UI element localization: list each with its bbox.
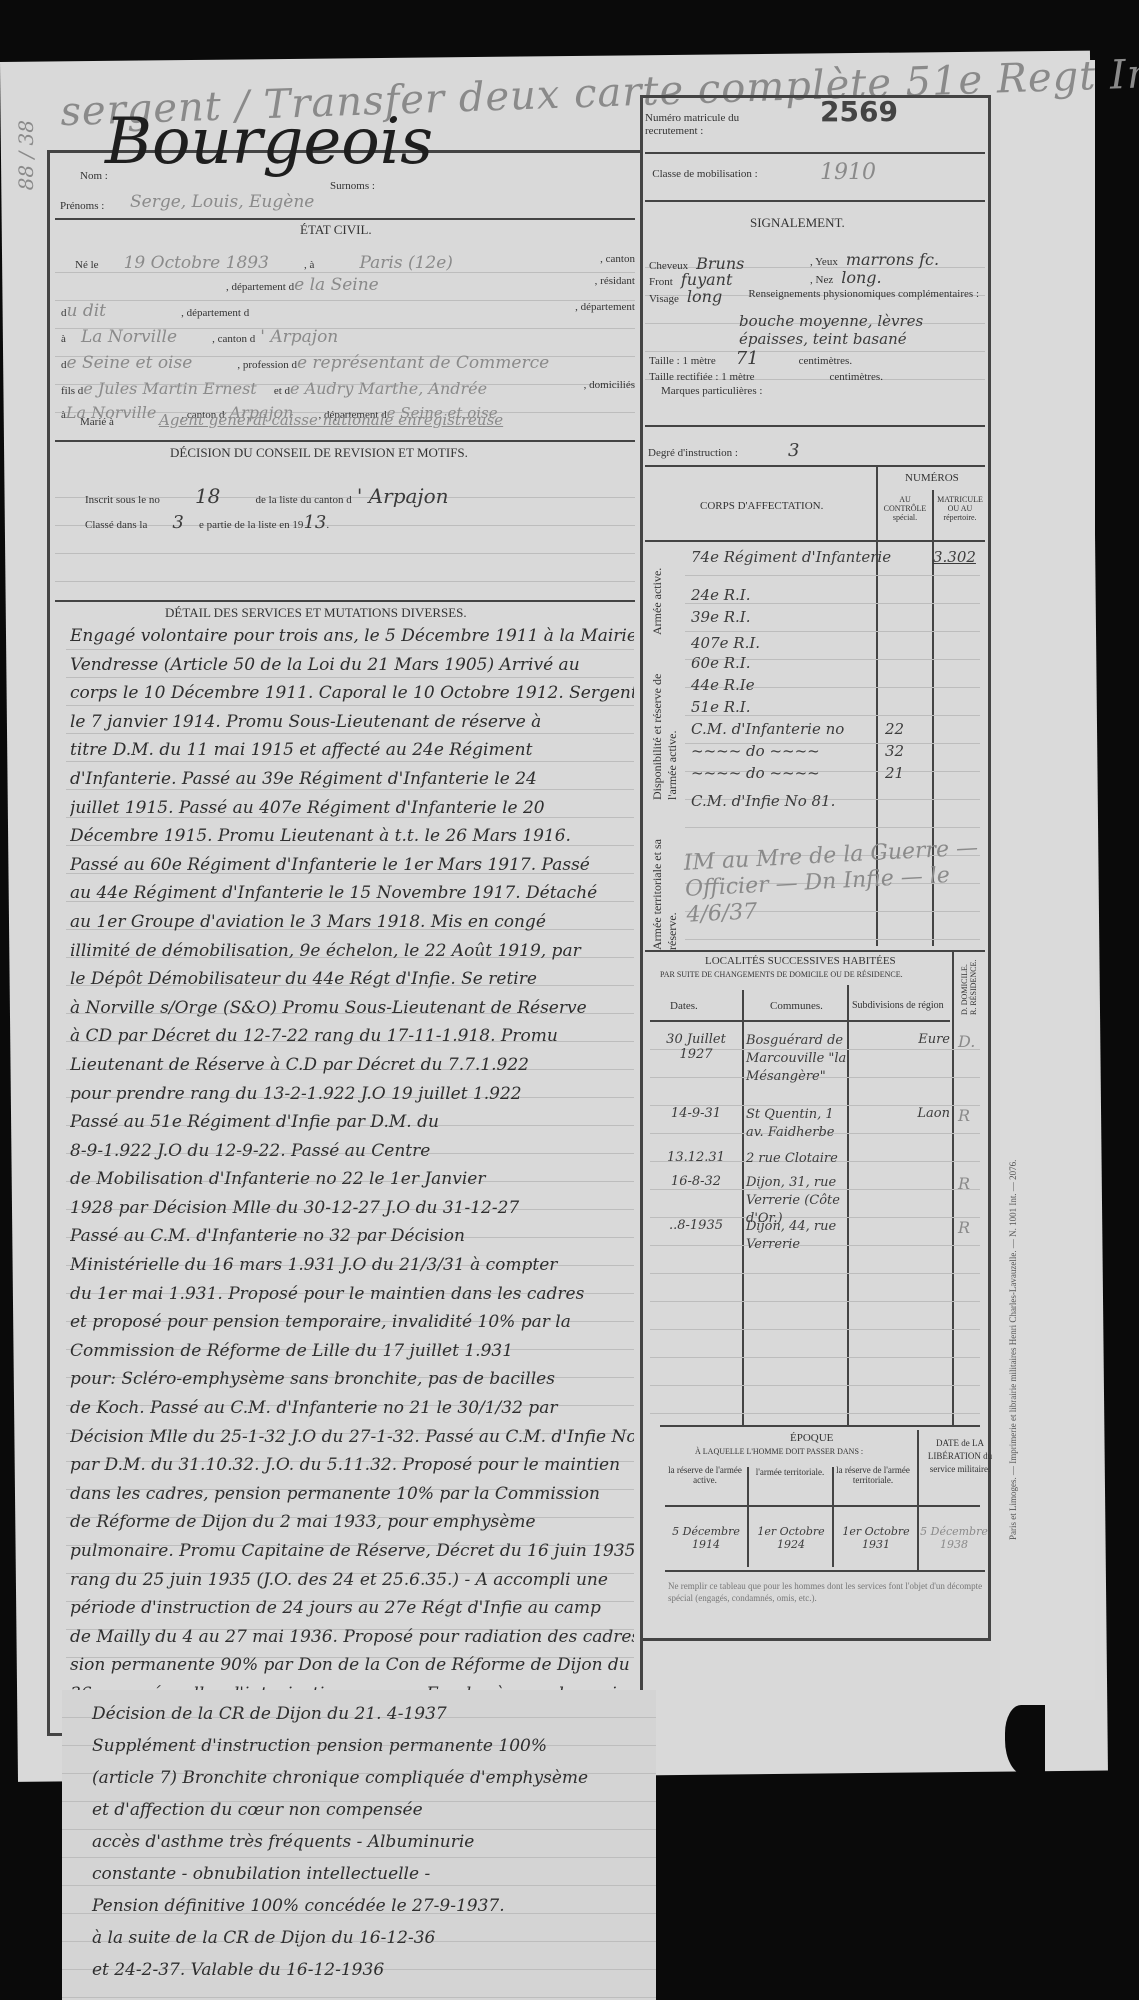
- services-line: pour prendre rang du 13-2-1.922 J.O 19 j…: [70, 1080, 634, 1109]
- services-line: illimité de démobilisation, 9e échelon, …: [70, 937, 634, 966]
- slip-line: et 24-2-37. Valable du 16-12-1936: [92, 1954, 656, 1986]
- services-line: Lieutenant de Réserve à C.D par Décret d…: [70, 1051, 634, 1080]
- marie-row: Marié à Agent général caisse nationale e…: [80, 410, 635, 429]
- services-line: de Koch. Passé au C.M. d'Infanterie no 2…: [70, 1394, 634, 1423]
- epoque-col3-header: la réserve de l'armée territoriale.: [833, 1465, 913, 1485]
- birthplace: Paris (12e): [359, 253, 452, 273]
- affectation-corps: 74e Régiment d'Infanterie: [691, 548, 891, 566]
- a-label: , à: [304, 259, 314, 271]
- epoque-title: ÉPOQUE: [790, 1432, 833, 1444]
- yeux-value: marrons fc.: [846, 250, 939, 269]
- localite-subdivision: Laon: [855, 1106, 950, 1121]
- affectation-row: 407e R.I.: [685, 634, 980, 656]
- services-line: à Norville s/Orge (S&O) Promu Sous-Lieut…: [70, 994, 634, 1023]
- localite-date: 14-9-31: [650, 1106, 742, 1121]
- divider: [55, 218, 635, 220]
- affectation-row: 44e R.Ie: [685, 676, 980, 698]
- affectation-corps: C.M. d'Infie No 81.: [691, 792, 835, 810]
- localite-date: 16-8-32: [650, 1174, 742, 1189]
- affectation-controle: 22: [885, 720, 904, 738]
- localite-dr: R: [958, 1174, 970, 1193]
- slip-line: Pension définitive 100% concédée le 27-9…: [92, 1890, 656, 1922]
- signalement-title: SIGNALEMENT.: [750, 215, 845, 231]
- classe-label: Classé dans la: [85, 519, 147, 531]
- departement-value: e la Seine: [294, 275, 379, 295]
- classe-mobilisation-value: 1910: [820, 160, 876, 185]
- slip-line: constante - obnubilation intellectuelle …: [92, 1858, 656, 1890]
- et-label: et d: [274, 385, 290, 397]
- localite-dr: R: [958, 1218, 970, 1237]
- affectation-matricule: 3.302: [933, 548, 976, 566]
- marie-label: Marié à: [80, 416, 114, 428]
- services-line: pour: Scléro-emphysème sans bronchite, p…: [70, 1365, 634, 1394]
- affectation-row: C.M. d'Infie No 81.: [685, 792, 980, 814]
- affectation-row: 74e Régiment d'Infanterie3.302: [685, 548, 980, 570]
- marques-label: Marques particulières :: [661, 385, 762, 397]
- signalement-section: CheveuxBruns , Yeuxmarrons fc. Frontfuya…: [645, 240, 985, 405]
- services-line: du 1er mai 1.931. Proposé pour le mainti…: [70, 1280, 634, 1309]
- localites-communes-header: Communes.: [770, 1000, 823, 1012]
- slip-line: Supplément d'instruction pension permane…: [92, 1730, 656, 1762]
- annee-suffix: .: [326, 519, 329, 531]
- services-title: DÉTAIL DES SERVICES ET MUTATIONS DIVERSE…: [165, 605, 467, 621]
- services-line: au 44e Régiment d'Infanterie le 15 Novem…: [70, 879, 634, 908]
- divider: [665, 1505, 980, 1507]
- services-line: par D.M. du 31.10.32. J.O. du 5.11.32. P…: [70, 1451, 634, 1480]
- classe-mobilisation-label: Classe de mobilisation :: [650, 168, 760, 181]
- prenoms-value: Serge, Louis, Eugène: [130, 192, 314, 212]
- col-divider: [747, 1467, 749, 1567]
- affectation-row: ~~~~ do ~~~~32: [685, 742, 980, 764]
- ne-le-label: Né le: [75, 259, 99, 271]
- affectation-corps: 39e R.I.: [691, 608, 751, 626]
- services-line: le 7 janvier 1914. Promu Sous-Lieutenant…: [70, 708, 634, 737]
- services-line: dans les cadres, pension permanente 10% …: [70, 1480, 634, 1509]
- marie-value: Agent général caisse nationale enregistr…: [159, 411, 503, 429]
- etat-civil-title: ÉTAT CIVIL.: [300, 222, 372, 238]
- slip-line: (article 7) Bronchite chronique compliqu…: [92, 1762, 656, 1794]
- slip-line: et d'affection du cœur non compensée: [92, 1794, 656, 1826]
- departement-label: , département d: [226, 281, 294, 293]
- domicilies-label: , domiciliés: [584, 379, 635, 391]
- divider: [645, 152, 985, 154]
- residant-value: u dit: [67, 301, 107, 321]
- services-line: Passé au 60e Régiment d'Infanterie le 1e…: [70, 851, 634, 880]
- affectation-row: 39e R.I.: [685, 608, 980, 630]
- services-line: Décembre 1915. Promu Lieutenant à t.t. l…: [70, 822, 634, 851]
- services-line: Passé au 51e Régiment d'Infie par D.M. d…: [70, 1108, 634, 1137]
- services-line: de Mobilisation d'Infanterie no 22 le 1e…: [70, 1165, 634, 1194]
- services-line: Commission de Réforme de Lille du 17 jui…: [70, 1337, 634, 1366]
- nom-value: Bourgeois: [105, 105, 433, 179]
- affectation-corps: 24e R.I.: [691, 586, 751, 604]
- renseignements-value: bouche moyenne, lèvres épaisses, teint b…: [649, 312, 979, 348]
- localite-subdivision: Eure: [855, 1032, 950, 1047]
- affectation-corps: 60e R.I.: [691, 654, 751, 672]
- services-line: Vendresse (Article 50 de la Loi du 21 Ma…: [70, 651, 634, 680]
- slip-text: Décision de la CR de Dijon du 21. 4-1937…: [62, 1690, 656, 1986]
- canton-label: , canton: [600, 253, 635, 265]
- profession-value: e représentant de Commerce: [297, 353, 549, 373]
- numeros-header: NUMÉROS: [905, 472, 959, 484]
- inscrit-value: 18: [195, 484, 220, 508]
- epoque-note: Ne remplir ce tableau que pour les homme…: [668, 1580, 983, 1604]
- col-divider: [832, 1467, 834, 1567]
- group-disponibilite: Disponibilité et réserve de l'armée acti…: [650, 650, 680, 800]
- profession-label: , profession d: [237, 359, 297, 371]
- printer-imprint: Paris et Limoges. — Imprimerie et librai…: [1008, 780, 1018, 1540]
- divider: [665, 1570, 985, 1572]
- epoque-col1-header: la réserve de l'armée active.: [665, 1465, 745, 1485]
- localites-title: LOCALITÉS SUCCESSIVES HABITÉES: [705, 955, 896, 967]
- matricule-label: Numéro matricule du recrutement :: [645, 112, 755, 138]
- affectation-corps: ~~~~ do ~~~~: [691, 742, 820, 760]
- localite-commune: 2 rue Clotaire: [746, 1150, 851, 1168]
- divider: [55, 440, 635, 442]
- torn-hole: [1005, 1705, 1045, 1775]
- localites-table: 30 Juillet 1927Bosguérard de Marcouville…: [650, 1022, 980, 1422]
- liberation-header: DATE de LA LIBÉRATION du service militai…: [920, 1437, 1000, 1476]
- services-line: au 1er Groupe d'aviation le 3 Mars 1918.…: [70, 908, 634, 937]
- affectation-row: 60e R.I.: [685, 654, 980, 676]
- localite-date: 30 Juillet 1927: [650, 1032, 742, 1062]
- localites-subtitle: PAR SUITE DE CHANGEMENTS DE DOMICILE OU …: [660, 970, 903, 979]
- mere-value: e Audry Marthe, Andrée: [290, 379, 487, 398]
- affectation-row: 51e R.I.: [685, 698, 980, 720]
- conseil-section: Inscrit sous le no 18 de la liste du can…: [55, 470, 635, 590]
- divider: [645, 200, 985, 202]
- annee-value: 13: [303, 512, 326, 533]
- services-section: Engagé volontaire pour trois ans, le 5 D…: [66, 622, 634, 1682]
- services-line: le Dépôt Démobilisateur du 44e Régt d'In…: [70, 965, 634, 994]
- affectation-corps: ~~~~ do ~~~~: [691, 764, 820, 782]
- conseil-canton-value: ' Arpajon: [357, 484, 449, 508]
- services-line: juillet 1915. Passé au 407e Régiment d'I…: [70, 794, 634, 823]
- group-territoriale: Armée territoriale et sa réserve.: [650, 810, 680, 950]
- localites-subdiv-header: Subdivisions de région: [852, 1000, 944, 1011]
- epoque-subtitle: À LAQUELLE L'HOMME DOIT PASSER DANS :: [695, 1447, 863, 1456]
- liste-label: de la liste du canton d: [256, 494, 352, 506]
- affectation-row: C.M. d'Infanterie no22: [685, 720, 980, 742]
- controle-header: AU CONTRÔLE spécial.: [880, 495, 930, 522]
- pasted-slip: Décision de la CR de Dijon du 21. 4-1937…: [62, 1690, 656, 2000]
- slip-line: Décision de la CR de Dijon du 21. 4-1937: [92, 1698, 656, 1730]
- inscrit-label: Inscrit sous le no: [85, 494, 160, 506]
- renseignements-label: Renseignements physionomiques complément…: [649, 284, 979, 304]
- canton2-label: , canton d: [212, 333, 255, 345]
- matricule-value: 2569: [820, 95, 898, 128]
- canton2-value: ' Arpajon: [260, 327, 338, 347]
- services-line: et proposé pour pension temporaire, inva…: [70, 1308, 634, 1337]
- services-line: rang du 25 juin 1935 (J.O. des 24 et 25.…: [70, 1566, 634, 1595]
- services-line: période d'instruction de 24 jours au 27e…: [70, 1594, 634, 1623]
- instruction-label: Degré d'instruction :: [648, 447, 738, 459]
- prenoms-label: Prénoms :: [60, 200, 104, 212]
- affectation-table: 74e Régiment d'Infanterie3.30224e R.I.39…: [685, 548, 980, 948]
- affectation-corps: 51e R.I.: [691, 698, 751, 716]
- divider: [645, 950, 985, 952]
- affectation-controle: 32: [885, 742, 904, 760]
- divider: [645, 425, 985, 427]
- services-line: à CD par Décret du 12-7-22 rang du 17-11…: [70, 1022, 634, 1051]
- matricule-header: MATRICULE OU AU répertoire.: [935, 495, 985, 522]
- affectation-row: 24e R.I.: [685, 586, 980, 608]
- a2-label: à: [61, 333, 66, 345]
- conseil-title: DÉCISION DU CONSEIL DE REVISION ET MOTIF…: [170, 445, 468, 461]
- slip-line: accès d'asthme très fréquents - Albuminu…: [92, 1826, 656, 1858]
- services-line: Décision Mlle du 25-1-32 J.O du 27-1-32.…: [70, 1423, 634, 1452]
- affectation-annotation: IM au Mre de la Guerre — Officier — Dn I…: [683, 835, 987, 929]
- services-line: pulmonaire. Promu Capitaine de Réserve, …: [70, 1537, 634, 1566]
- services-line: Passé au C.M. d'Infanterie no 32 par Déc…: [70, 1222, 634, 1251]
- affectation-corps: C.M. d'Infanterie no: [691, 720, 844, 738]
- services-line: Engagé volontaire pour trois ans, le 5 D…: [70, 622, 634, 651]
- ne-le-value: 19 Octobre 1893: [124, 253, 269, 273]
- epoque-val1: 5 Décembre 1914: [664, 1525, 748, 1551]
- divider: [645, 540, 985, 542]
- corps-header: CORPS D'AFFECTATION.: [700, 500, 823, 512]
- residence-value: La Norville: [81, 327, 177, 347]
- yeux-label: , Yeux: [810, 256, 838, 268]
- epoque-val4: 5 Décembre 1938: [919, 1525, 989, 1551]
- localite-commune: Dijon, 44, rue Verrerie: [746, 1218, 851, 1254]
- affectation-controle: 21: [885, 764, 904, 782]
- epoque-val2: 1er Octobre 1924: [749, 1525, 833, 1551]
- centimetres2-label: centimètres.: [830, 371, 883, 383]
- localites-dates-header: Dates.: [670, 1000, 698, 1012]
- group-armee-active: Armée active.: [650, 555, 665, 635]
- services-line: 1928 par Décision Mlle du 30-12-27 J.O d…: [70, 1194, 634, 1223]
- residant-label: , résidant: [595, 275, 635, 287]
- services-line: de Réforme de Dijon du 2 mai 1933, pour …: [70, 1508, 634, 1537]
- services-line: Ministérielle du 16 mars 1.931 J.O du 21…: [70, 1251, 634, 1280]
- pere-value: e Jules Martin Ernest: [83, 379, 256, 398]
- divider: [645, 465, 985, 467]
- localite-commune: St Quentin, 1 av. Faidherbe: [746, 1106, 851, 1142]
- taille-rectifiee-label: Taille rectifiée : 1 mètre: [649, 371, 755, 383]
- partie-label: e partie de la liste en 19: [199, 519, 303, 531]
- margin-note-left: 88 / 38: [14, 120, 38, 190]
- epoque-val3: 1er Octobre 1931: [834, 1525, 918, 1551]
- affectation-corps: 407e R.I.: [691, 634, 760, 652]
- localites-dr-header: D. DOMICILE. R. RÉSIDENCE.: [960, 955, 978, 1015]
- localite-date: ..8-1935: [650, 1218, 742, 1233]
- affectation-corps: 44e R.Ie: [691, 676, 755, 694]
- epoque-col2-header: l'armée territoriale.: [750, 1467, 830, 1477]
- services-line: corps le 10 Décembre 1911. Caporal le 10…: [70, 679, 634, 708]
- localite-commune: Bosguérard de Marcouville "la Mésangère": [746, 1032, 851, 1086]
- localite-dr: R: [958, 1106, 970, 1125]
- fils-label: fils d: [61, 385, 83, 397]
- services-line: 8-9-1.922 J.O du 12-9-22. Passé au Centr…: [70, 1137, 634, 1166]
- localite-date: 13.12.31: [650, 1150, 742, 1165]
- classe-partie-value: 3: [172, 512, 183, 533]
- divider: [55, 600, 635, 602]
- divider: [660, 1425, 980, 1427]
- services-line: d'Infanterie. Passé au 39e Régiment d'In…: [70, 765, 634, 794]
- slip-line: à la suite de la CR de Dijon du 16-12-36: [92, 1922, 656, 1954]
- departement2-label: , département: [575, 301, 635, 313]
- nom-label: Nom :: [80, 170, 108, 182]
- services-line: de Mailly du 4 au 27 mai 1936. Proposé p…: [70, 1623, 634, 1652]
- departement2-value: e Seine et oise: [67, 353, 193, 373]
- localite-dr: D.: [958, 1032, 975, 1051]
- etat-civil-section: Né le 19 Octobre 1893 , à Paris (12e) , …: [55, 245, 635, 425]
- instruction-value: 3: [788, 440, 799, 461]
- dept-label-2: , département d: [181, 307, 249, 319]
- services-line: titre D.M. du 11 mai 1915 et affecté au …: [70, 736, 634, 765]
- affectation-row: ~~~~ do ~~~~21: [685, 764, 980, 786]
- services-line: sion permanente 90% par Don de la Con de…: [70, 1651, 634, 1680]
- surnoms-label: Surnoms :: [330, 180, 375, 192]
